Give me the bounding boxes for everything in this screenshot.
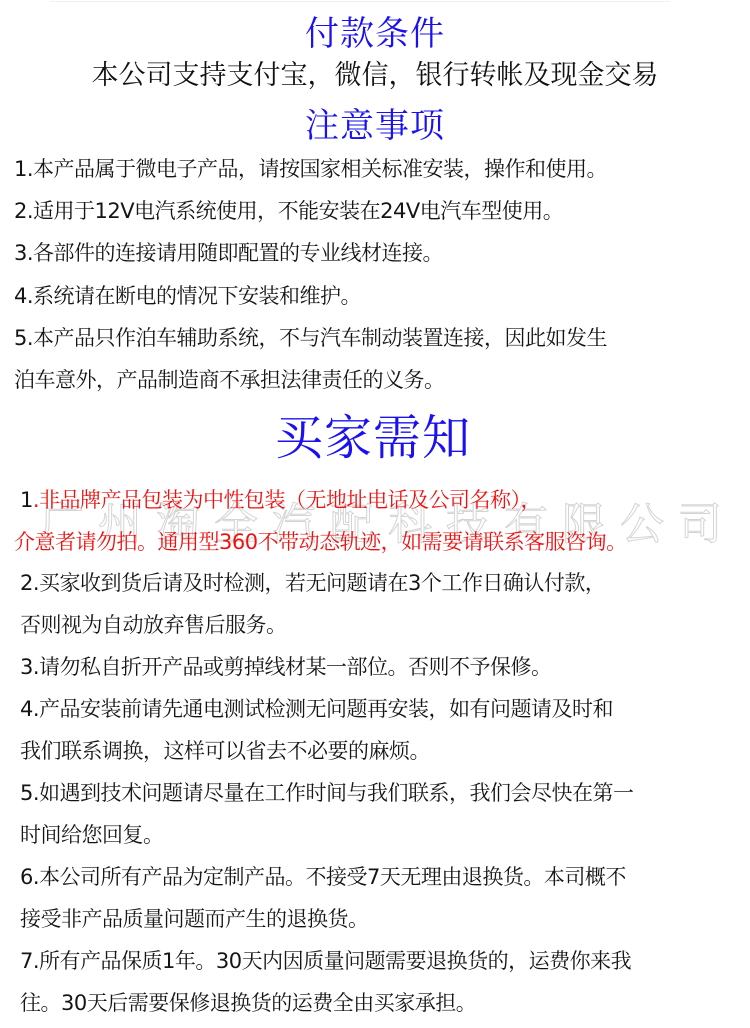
buyer-line-6: 6.本公司所有产品为定制产品。不接受7天无理由退换货。本司概不 — [20, 862, 626, 892]
note-line-3: 3.各部件的连接请用随即配置的专业线材连接。 — [14, 238, 443, 268]
buyer-line-3: 3.请勿私自折开产品或剪掉线材某一部位。否则不予保修。 — [20, 652, 552, 682]
note-line-2: 2.适用于12V电汽系统使用，不能安装在24V电汽车型使用。 — [14, 196, 563, 226]
note-line-1: 1.本产品属于微电子产品，请按国家相关标准安装，操作和使用。 — [14, 154, 607, 184]
note-line-5-cont: 泊车意外，产品制造商不承担法律责任的义务。 — [14, 365, 445, 395]
buyer-line-2-cont: 否则视为自动放弃售后服务。 — [20, 610, 287, 640]
buyer-item-1-warning: .非品牌产品包装为中性包装（无地址电话及公司名称）， — [33, 488, 541, 512]
top-divider — [50, 1, 670, 2]
buyer-line-4-cont: 我们联系调换，这样可以省去不必要的麻烦。 — [20, 736, 430, 766]
buyer-line-7-cont: 往。30天后需要保修退换货的运费全由买家承担。 — [20, 988, 476, 1018]
buyer-item-1-number: 1 — [20, 488, 33, 512]
buyer-line-2: 2.买家收到货后请及时检测，若无问题请在3个工作日确认付款， — [20, 568, 605, 598]
buyer-line-4: 4.产品安装前请先通电测试检测无问题再安装，如有问题请及时和 — [20, 694, 613, 724]
buyer-line-5: 5.如遇到技术问题请尽量在工作时间与我们联系，我们会尽快在第一 — [20, 778, 634, 808]
note-line-4: 4.系统请在断电的情况下安装和维护。 — [14, 281, 361, 311]
buyer-line-5-cont: 时间给您回复。 — [20, 820, 164, 850]
buyer-line-7: 7.所有产品保质1年。30天内因质量问题需要退换货的，运费你来我 — [20, 946, 631, 976]
buyer-item-1-cont: 介意者请勿拍。通用型360不带动态轨迹，如需要请联系客服咨询。 — [14, 527, 627, 557]
buyer-item-1: 1.非品牌产品包装为中性包装（无地址电话及公司名称）， — [20, 485, 541, 515]
payment-terms-heading: 付款条件 — [0, 12, 750, 56]
payment-methods-text: 本公司支持支付宝，微信，银行转帐及现金交易 — [0, 56, 750, 96]
notes-heading: 注意事项 — [0, 104, 750, 148]
buyer-notice-heading: 买家需知 — [0, 408, 748, 468]
buyer-line-6-cont: 接受非产品质量问题而产生的退换货。 — [20, 904, 369, 934]
note-line-5: 5.本产品只作泊车辅助系统，不与汽车制动装置连接，因此如发生 — [14, 323, 607, 353]
